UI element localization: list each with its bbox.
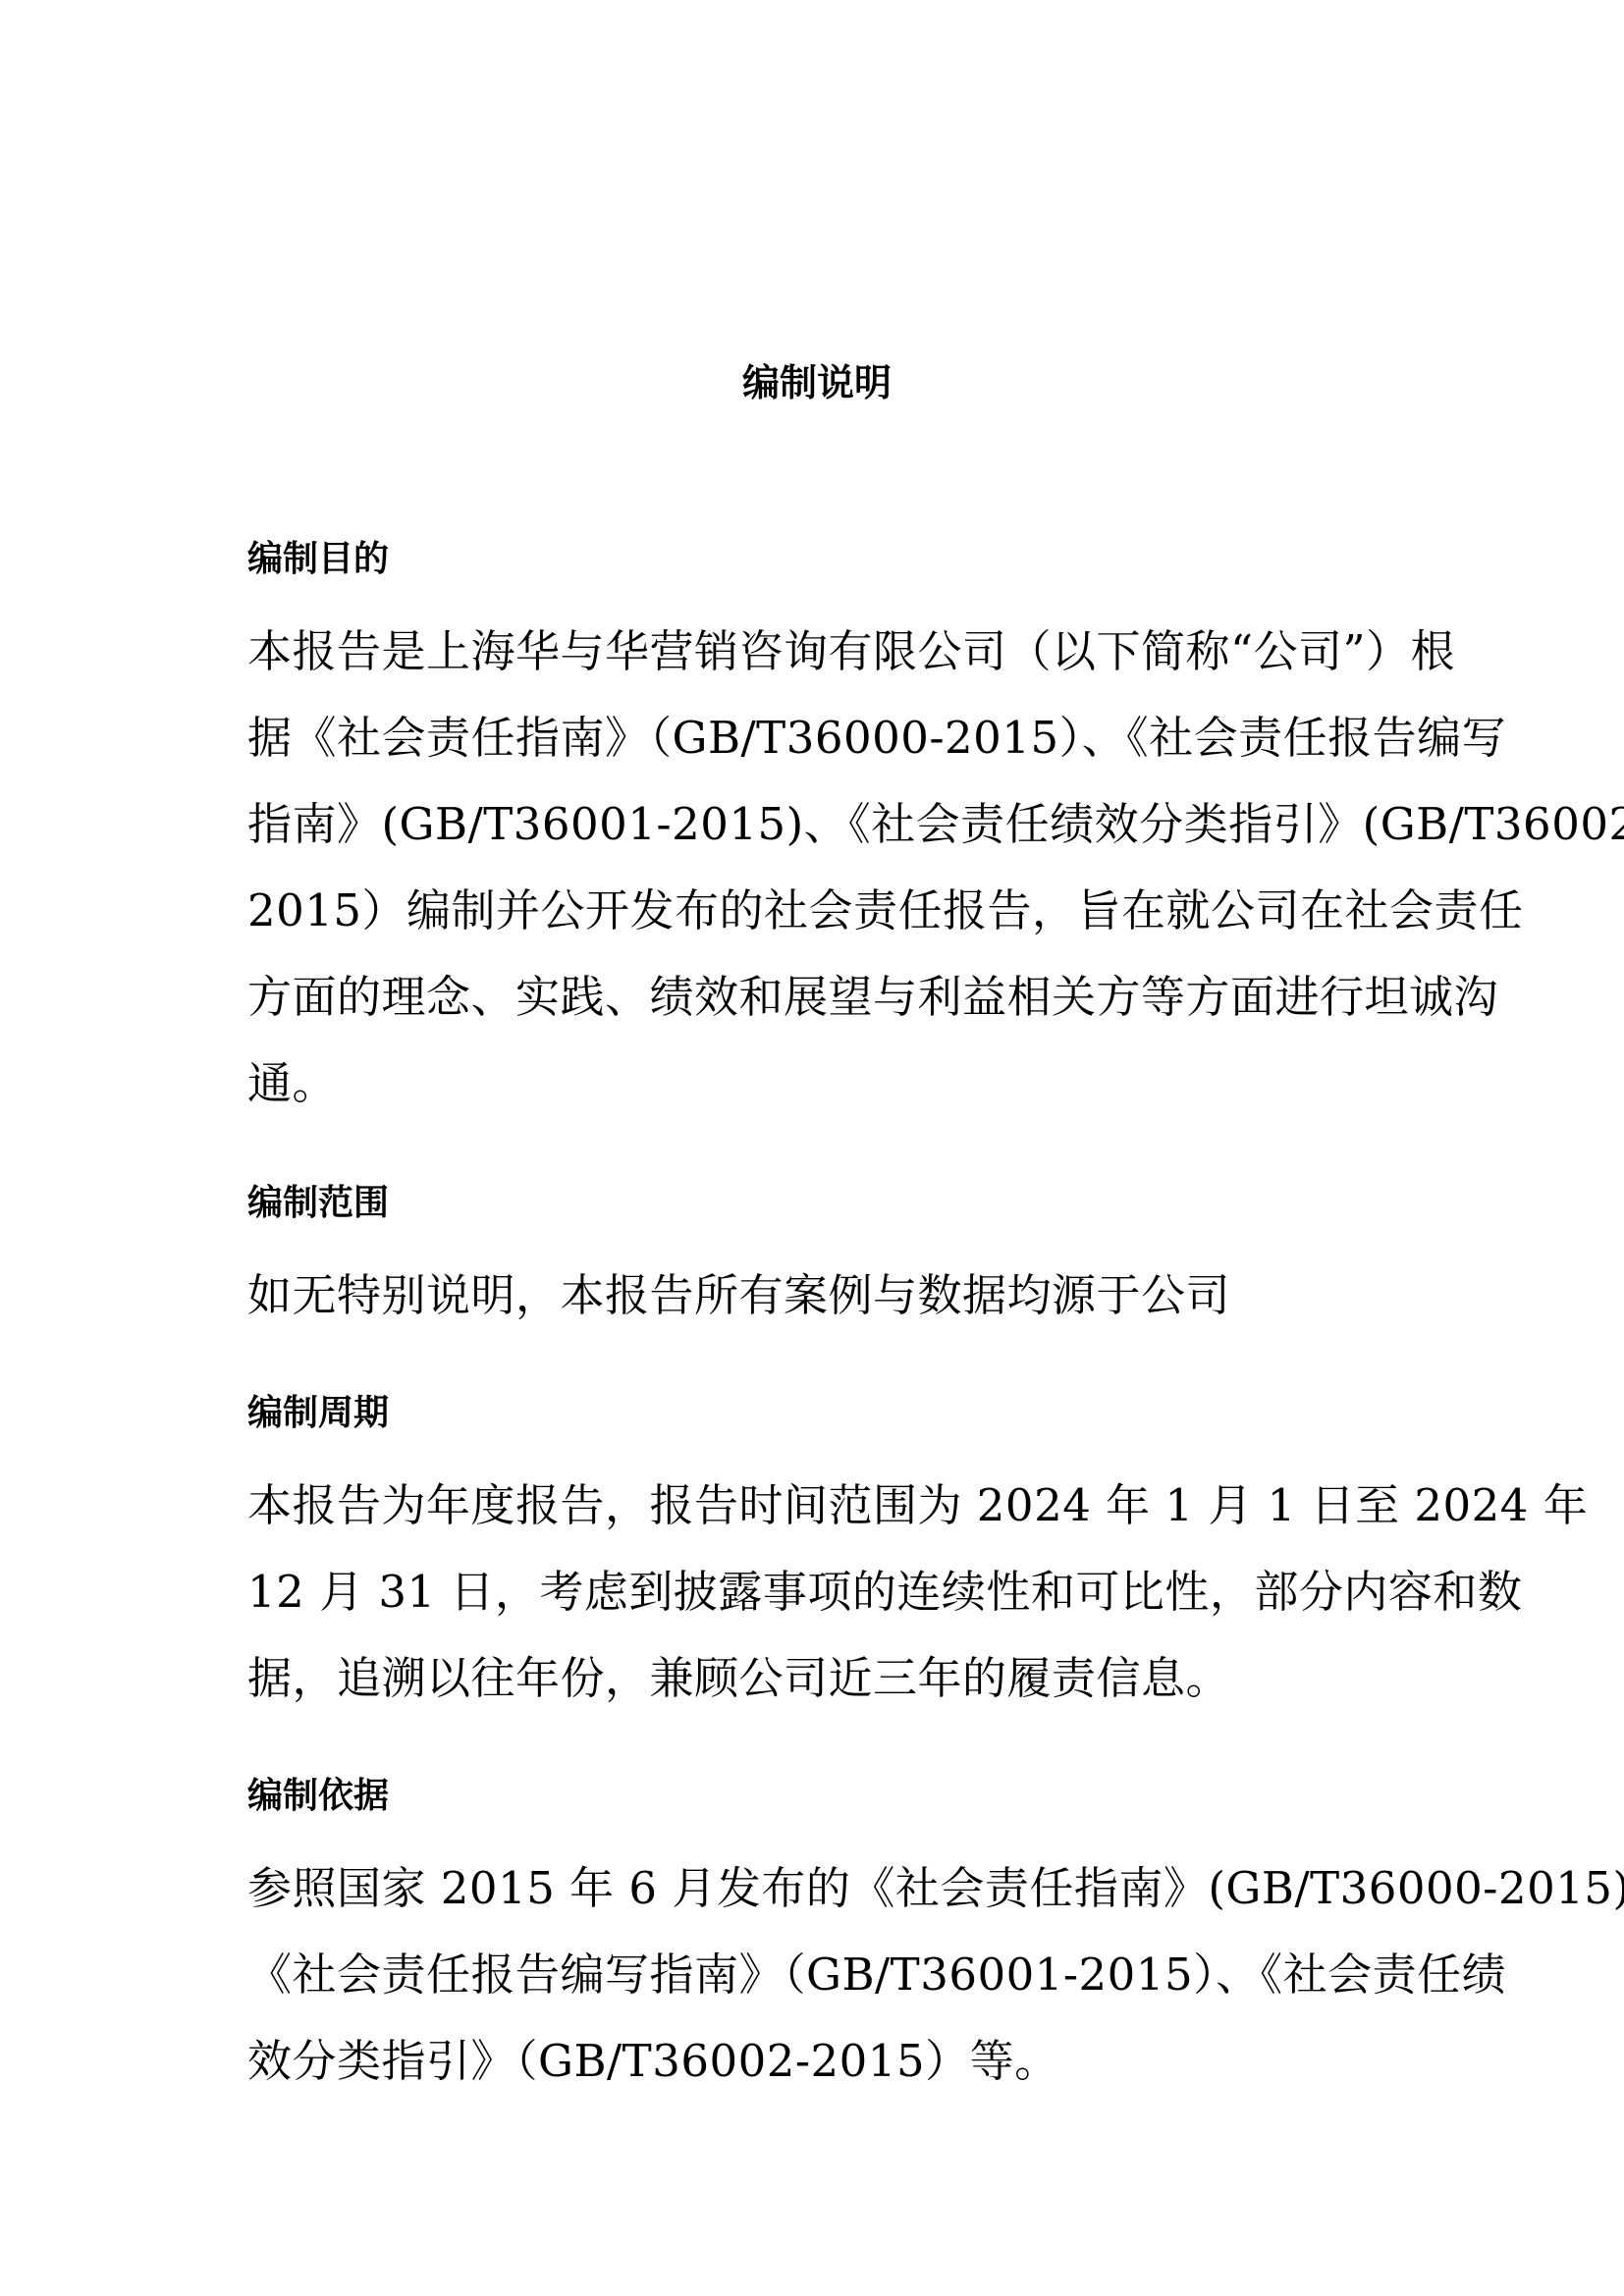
body-line: 参照国家 2015 年 6 月发布的《社会责任指南》(GB/T36000-201… [247, 1845, 1386, 1932]
section-period: 编制周期 本报告为年度报告，报告时间范围为 2024 年 1 月 1 日至 20… [247, 1384, 1386, 1722]
body-line: 12 月 31 日，考虑到披露事项的连续性和可比性，部分内容和数 [247, 1549, 1386, 1635]
body-line: 指南》(GB/T36001-2015)、《社会责任绩效分类指引》(GB/T360… [247, 781, 1386, 868]
section-heading: 编制范围 [247, 1174, 1386, 1233]
section-body: 参照国家 2015 年 6 月发布的《社会责任指南》(GB/T36000-201… [247, 1845, 1386, 2105]
body-line: 效分类指引》（GB/T36002-2015）等。 [247, 2018, 1386, 2105]
page-title: 编制说明 [247, 353, 1386, 412]
section-body: 如无特别说明，本报告所有案例与数据均源于公司 [247, 1253, 1386, 1339]
body-line: 通。 [247, 1041, 1386, 1127]
section-basis: 编制依据 参照国家 2015 年 6 月发布的《社会责任指南》(GB/T3600… [247, 1767, 1386, 2105]
section-heading: 编制周期 [247, 1384, 1386, 1443]
section-purpose: 编制目的 本报告是上海华与华营销咨询有限公司（以下简称“公司”）根 据《社会责任… [247, 530, 1386, 1127]
body-line: 本报告为年度报告，报告时间范围为 2024 年 1 月 1 日至 2024 年 [247, 1463, 1386, 1549]
body-line: 据《社会责任指南》（GB/T36000-2015）、《社会责任报告编写 [247, 695, 1386, 781]
body-line: 《社会责任报告编写指南》（GB/T36001-2015）、《社会责任绩 [247, 1932, 1386, 2018]
body-line: 2015）编制并公开发布的社会责任报告，旨在就公司在社会责任 [247, 868, 1386, 954]
section-heading: 编制依据 [247, 1767, 1386, 1826]
body-line: 方面的理念、实践、绩效和展望与利益相关方等方面进行坦诚沟 [247, 954, 1386, 1041]
section-body: 本报告为年度报告，报告时间范围为 2024 年 1 月 1 日至 2024 年 … [247, 1463, 1386, 1722]
body-line: 本报告是上海华与华营销咨询有限公司（以下简称“公司”）根 [247, 609, 1386, 695]
body-line: 如无特别说明，本报告所有案例与数据均源于公司 [247, 1253, 1386, 1339]
section-heading: 编制目的 [247, 530, 1386, 589]
section-scope: 编制范围 如无特别说明，本报告所有案例与数据均源于公司 [247, 1174, 1386, 1339]
section-body: 本报告是上海华与华营销咨询有限公司（以下简称“公司”）根 据《社会责任指南》（G… [247, 609, 1386, 1127]
body-line: 据，追溯以往年份，兼顾公司近三年的履责信息。 [247, 1635, 1386, 1722]
